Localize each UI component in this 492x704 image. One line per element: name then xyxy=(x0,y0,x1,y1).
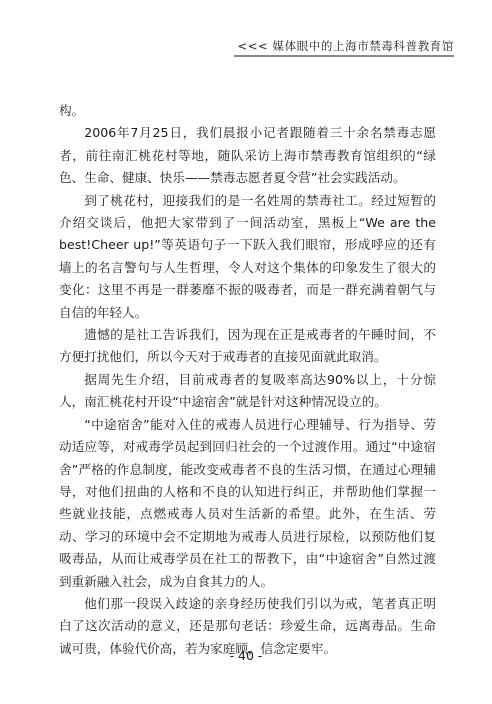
paragraph: 据周先生介绍，目前戒毒者的复吸率高达90%以上，十分惊人，南汇桃花村开设“中途宿… xyxy=(59,369,436,414)
paragraph: 遗憾的是社工告诉我们，因为现在正是戒毒者的午睡时间，不方便打扰他们，所以今天对于… xyxy=(59,324,436,369)
paragraph: 2006年7月25日，我们晨报小记者跟随着三十余名禁毒志愿者，前往南汇桃花村等地… xyxy=(59,122,436,189)
header-rule xyxy=(234,55,454,57)
running-header: <<< 媒体眼中的上海市禁毒科普教育馆 xyxy=(234,38,454,54)
paragraph-continuation: 构。 xyxy=(59,100,436,122)
page-number: - 40 - xyxy=(0,648,492,663)
paragraph: 到了桃花村，迎接我们的是一名姓周的禁毒社工。经过短暂的介绍交谈后，他把大家带到了… xyxy=(59,190,436,324)
article-body: 构。 2006年7月25日，我们晨报小记者跟随着三十余名禁毒志愿者，前往南汇桃花… xyxy=(59,100,436,660)
paragraph: “中途宿舍”能对入住的戒毒人员进行心理辅导、行为指导、劳动适应等，对戒毒学员起到… xyxy=(59,414,436,593)
